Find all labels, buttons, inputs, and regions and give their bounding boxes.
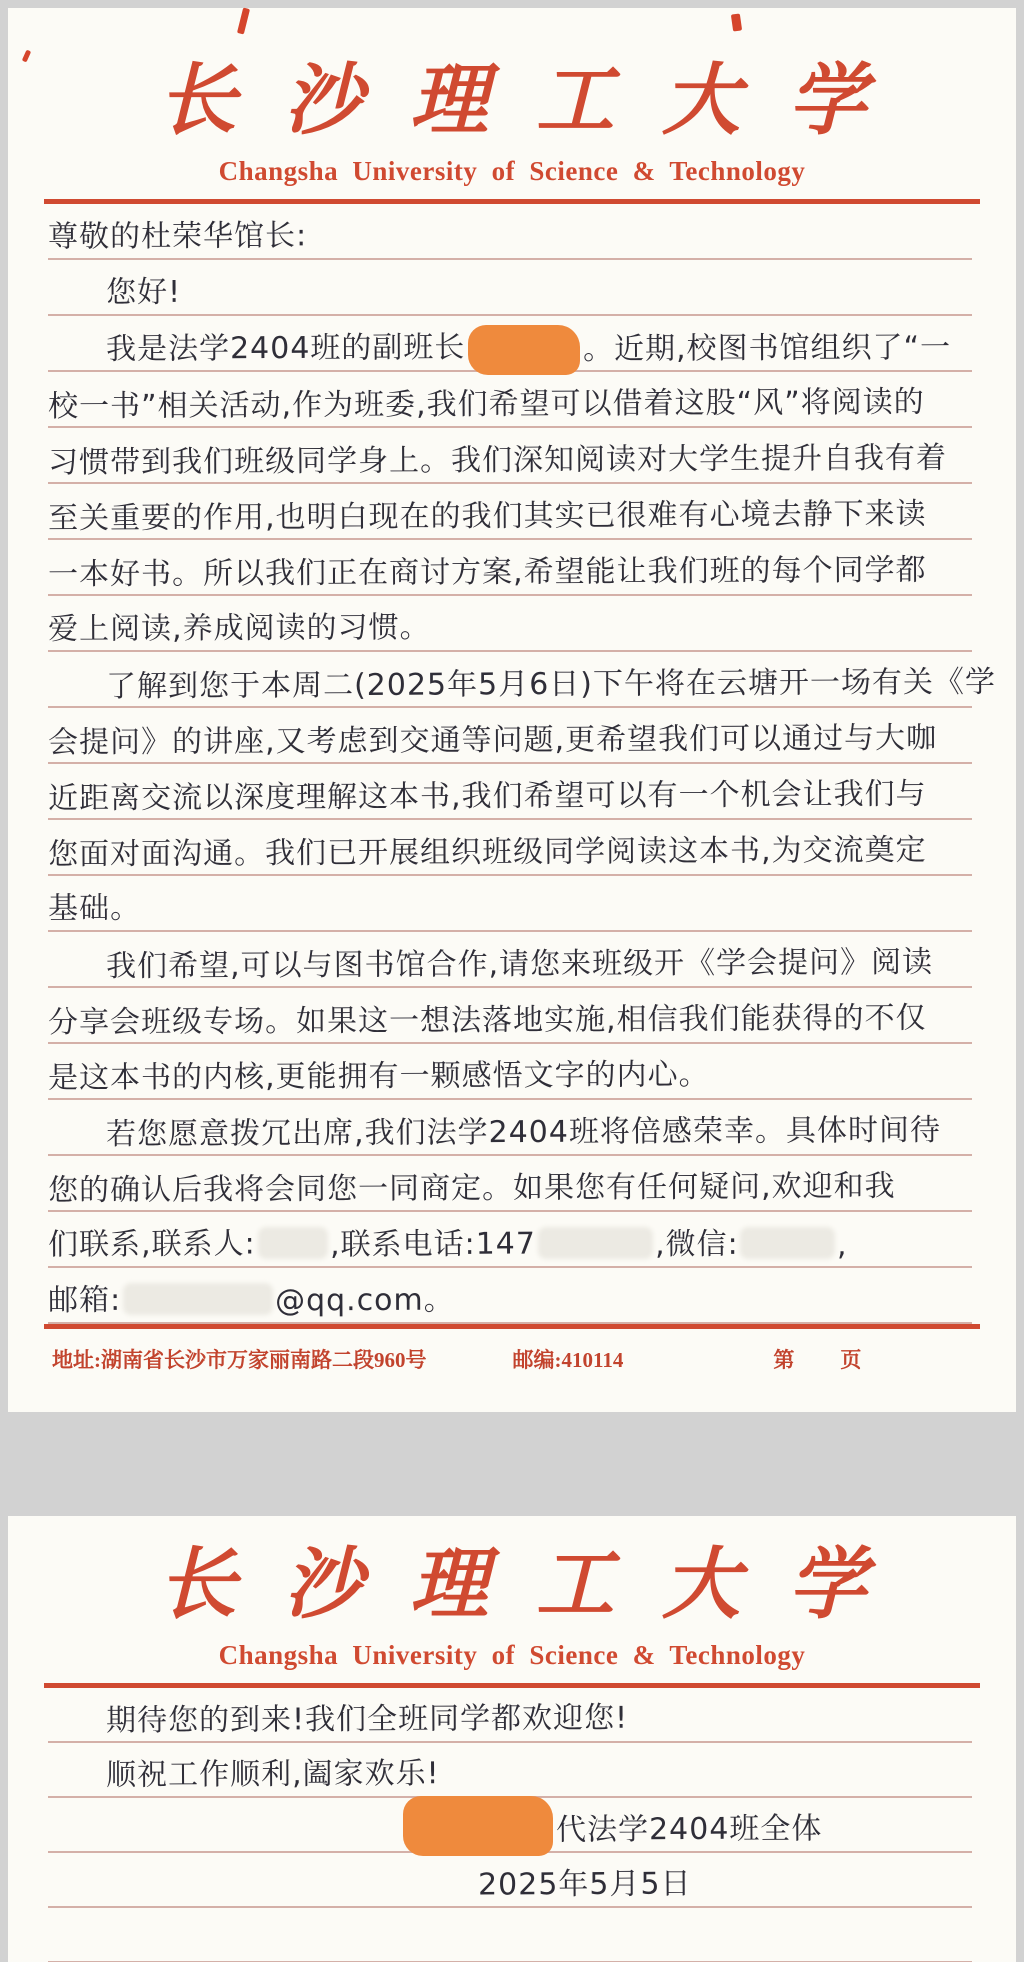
handwritten-text: 顺祝工作顺利,阖家欢乐! (106, 1748, 440, 1794)
page-footer: 地址:湖南省长沙市万家丽南路二段960号 邮编:410114 第 页 (52, 1344, 968, 1374)
handwritten-line (48, 1908, 972, 1962)
handwritten-text: 至关重要的作用,也明白现在的我们其实已很难有心境去静下来读 (48, 488, 927, 537)
handwritten-line: 若您愿意拨冗出席,我们法学2404班将倍感荣幸。具体时间待 (48, 1100, 972, 1156)
handwritten-text: 我是法学2404班的副班长 (106, 322, 466, 368)
footer-address: 地址:湖南省长沙市万家丽南路二段960号 (52, 1344, 427, 1374)
handwritten-line: 习惯带到我们班级同学身上。我们深知阅读对大学生提升自我有着 (48, 428, 972, 484)
handwritten-text: 分享会班级专场。如果这一想法落地实施,相信我们能获得的不仅 (48, 992, 927, 1041)
handwritten-text: 代法学2404班全体 (556, 1803, 823, 1848)
handwritten-line: 代法学2404班全体 (48, 1798, 972, 1853)
redaction-blob (403, 1796, 553, 1856)
handwritten-text: 邮箱: (48, 1274, 121, 1318)
handwritten-text: 基础。 (48, 882, 141, 926)
handwritten-text: 您好! (106, 266, 181, 310)
letter-page-1: 长沙理工大学 Changsha University of Science & … (8, 8, 1016, 1412)
footer-page-suffix: 页 (840, 1344, 861, 1374)
university-name-en: Changsha University of Science & Technol… (8, 156, 1016, 187)
redaction-blur (123, 1283, 273, 1315)
university-name-en: Changsha University of Science & Technol… (8, 1640, 1016, 1671)
handwritten-line: 校一书”相关活动,作为班委,我们希望可以借着这股“风”将阅读的 (48, 372, 972, 428)
letterhead: 长沙理工大学 Changsha University of Science & … (8, 8, 1016, 204)
handwritten-text: @qq.com。 (275, 1274, 455, 1319)
footer-page-prefix: 第 (773, 1344, 794, 1374)
handwritten-text: 会提问》的讲座,又考虑到交通等问题,更希望我们可以通过与大咖 (48, 712, 937, 761)
handwritten-text: 们联系,联系人: (48, 1218, 256, 1263)
handwritten-line: 我是法学2404班的副班长。近期,校图书馆组织了“一 (48, 316, 972, 372)
handwritten-line: 了解到您于本周二(2025年5月6日)下午将在云塘开一场有关《学 (48, 652, 972, 708)
handwritten-line: 分享会班级专场。如果这一想法落地实施,相信我们能获得的不仅 (48, 988, 972, 1044)
handwritten-line: 您面对面沟通。我们已开展组织班级同学阅读这本书,为交流奠定 (48, 820, 972, 876)
redaction-blur (258, 1227, 328, 1259)
handwritten-text: 您面对面沟通。我们已开展组织班级同学阅读这本书,为交流奠定 (48, 824, 927, 873)
handwritten-line: 基础。 (48, 876, 972, 932)
handwritten-text: ,联系电话:147 (330, 1218, 536, 1263)
redaction-blob (468, 325, 580, 375)
handwritten-text: 近距离交流以深度理解这本书,我们希望可以有一个机会让我们与 (48, 768, 927, 817)
redaction-blur (740, 1227, 835, 1259)
handwritten-line: 至关重要的作用,也明白现在的我们其实已很难有心境去静下来读 (48, 484, 972, 540)
handwritten-text: 了解到您于本周二(2025年5月6日)下午将在云塘开一场有关《学 (106, 656, 996, 705)
handwritten-text: 校一书”相关活动,作为班委,我们希望可以借着这股“风”将阅读的 (48, 376, 925, 425)
handwritten-text: 爱上阅读,养成阅读的习惯。 (48, 602, 431, 648)
handwritten-text: ,微信: (654, 1218, 738, 1262)
handwritten-text: 是这本书的内核,更能拥有一颗感悟文字的内心。 (48, 1049, 710, 1096)
handwritten-text: 习惯带到我们班级同学身上。我们深知阅读对大学生提升自我有着 (48, 432, 947, 481)
university-name-cn: 长沙理工大学 (8, 1540, 1016, 1630)
handwritten-text: 。近期,校图书馆组织了“一 (583, 322, 951, 368)
handwritten-text: 您的确认后我将会同您一同商定。如果您有任何疑问,欢迎和我 (48, 1160, 896, 1208)
handwritten-text: 2025年5月5日 (478, 1858, 692, 1903)
handwritten-line: 近距离交流以深度理解这本书,我们希望可以有一个机会让我们与 (48, 764, 972, 820)
handwritten-line: 2025年5月5日 (48, 1853, 972, 1908)
footer-page-number: 第 页 (773, 1344, 861, 1374)
letterhead: 长沙理工大学 Changsha University of Science & … (8, 1516, 1016, 1688)
handwritten-text: 我们希望,可以与图书馆合作,请您来班级开《学会提问》阅读 (106, 937, 933, 985)
handwritten-line: 顺祝工作顺利,阖家欢乐! (48, 1743, 972, 1798)
handwritten-text: 一本好书。所以我们正在商讨方案,希望能让我们班的每个同学都 (48, 544, 927, 593)
handwritten-text: , (837, 1228, 848, 1263)
redaction-blur (538, 1227, 653, 1259)
footer-postcode: 邮编:410114 (513, 1344, 624, 1374)
handwritten-line: 一本好书。所以我们正在商讨方案,希望能让我们班的每个同学都 (48, 540, 972, 596)
letter-page-2: 长沙理工大学 Changsha University of Science & … (8, 1516, 1016, 1962)
handwritten-text: 尊敬的杜荣华馆长: (48, 210, 307, 255)
handwritten-line: 爱上阅读,养成阅读的习惯。 (48, 596, 972, 652)
page1-lines: 尊敬的杜荣华馆长:您好!我是法学2404班的副班长。近期,校图书馆组织了“一校一… (48, 204, 972, 1324)
handwritten-line: 我们希望,可以与图书馆合作,请您来班级开《学会提问》阅读 (48, 932, 972, 988)
handwritten-line: 们联系,联系人:,联系电话:147,微信:, (48, 1212, 972, 1268)
handwritten-line: 会提问》的讲座,又考虑到交通等问题,更希望我们可以通过与大咖 (48, 708, 972, 764)
handwritten-text: 期待您的到来!我们全班同学都欢迎您! (106, 1692, 628, 1739)
footer-rule (44, 1324, 980, 1329)
handwritten-line: 您好! (48, 260, 972, 316)
handwritten-line: 尊敬的杜荣华馆长: (48, 204, 972, 260)
handwritten-line: 邮箱:@qq.com。 (48, 1268, 972, 1324)
handwritten-line: 您的确认后我将会同您一同商定。如果您有任何疑问,欢迎和我 (48, 1156, 972, 1212)
handwritten-line: 是这本书的内核,更能拥有一颗感悟文字的内心。 (48, 1044, 972, 1100)
university-name-cn: 长沙理工大学 (8, 56, 1016, 146)
handwritten-text: 若您愿意拨冗出席,我们法学2404班将倍感荣幸。具体时间待 (106, 1105, 941, 1153)
handwritten-line: 期待您的到来!我们全班同学都欢迎您! (48, 1688, 972, 1743)
page2-lines: 期待您的到来!我们全班同学都欢迎您!顺祝工作顺利,阖家欢乐!代法学2404班全体… (48, 1688, 972, 1962)
